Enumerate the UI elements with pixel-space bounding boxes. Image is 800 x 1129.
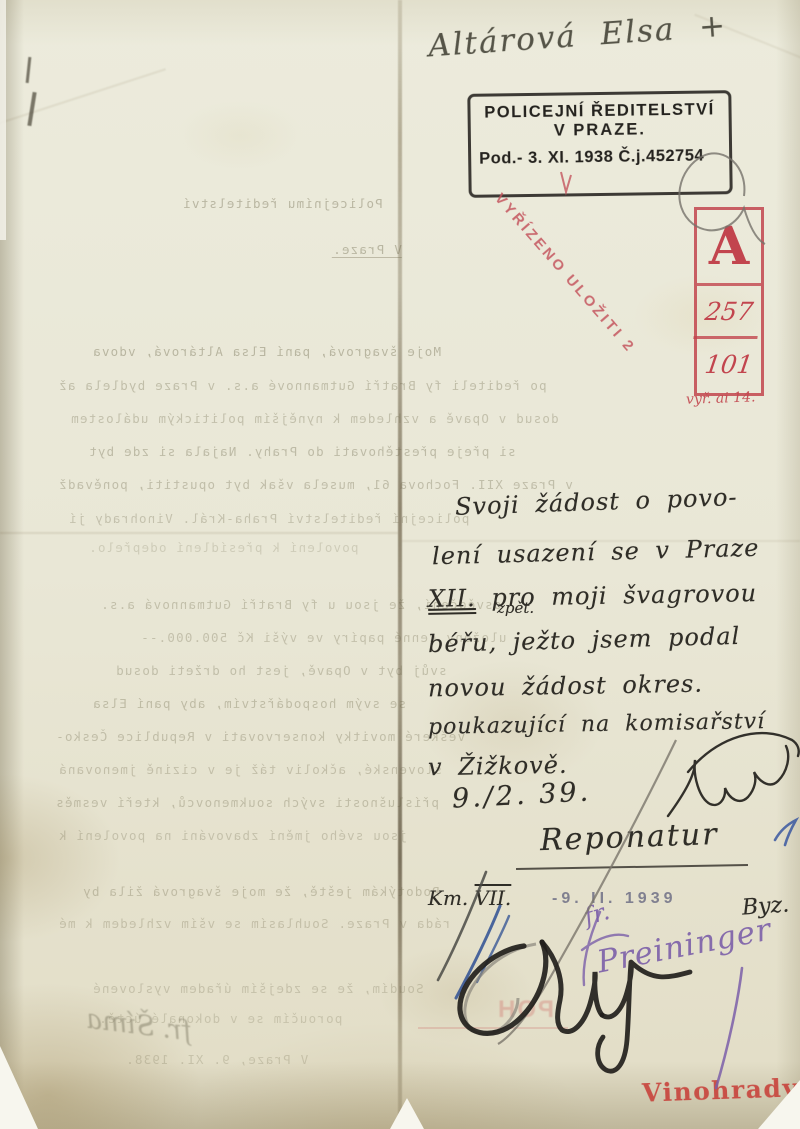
official-signature-small xyxy=(668,733,799,816)
scan-edge-top-left xyxy=(0,0,6,240)
scanned-document: Policejnímu ředitelství V Praze. Moje šv… xyxy=(0,0,800,1129)
red-tick-mark xyxy=(561,172,571,192)
blue-check-mark xyxy=(775,820,796,845)
pencil-slash xyxy=(438,872,486,980)
pencil-diagonal-stroke xyxy=(498,740,676,1044)
signature-strokes-layer xyxy=(0,0,800,1129)
pencil-loop xyxy=(679,153,765,244)
official-signature-large xyxy=(598,962,690,1071)
official-signature-large xyxy=(542,942,602,1032)
purple-signature-flourish xyxy=(582,912,628,985)
purple-signature-tail xyxy=(716,968,742,1088)
